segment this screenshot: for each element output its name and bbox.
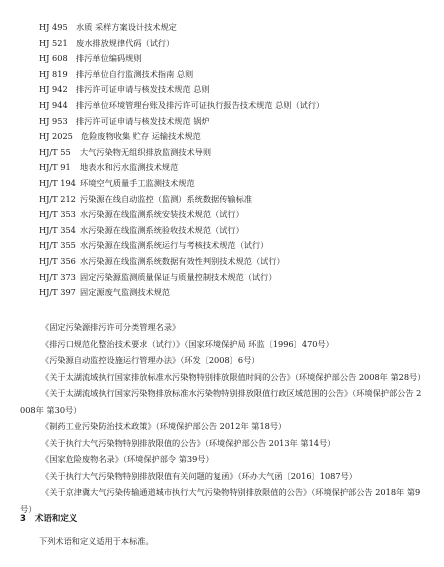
section-paragraph: 下列术语和定义适用于本标准。 [39,536,154,547]
standard-code: HJ/T 91 [39,160,77,176]
standard-title: 水污染源在线监测系统运行与考核技术规范（试行） [80,240,268,250]
standard-item: HJ 953排污许可证申请与核发技术规范 锅炉 [39,114,439,130]
standard-code: HJ/T 354 [39,223,77,239]
section-number: 3 [20,514,26,524]
standard-title: 排污单位环境管理台账及排污许可证执行报告技术规范 总则（试行） [76,100,324,110]
standard-title: 危险废物收集 贮存 运输技术规范 [81,131,201,141]
standard-title: 排污许可证申请与核发技术规范 锅炉 [76,116,210,126]
standard-item: HJ/T 354水污染源在线监测系统验收技术规范（试行） [39,223,439,239]
reference-item: 《固定污染源排污许可分类管理名录》 [20,319,424,336]
standard-title: 排污单位自行监测技术指南 总则 [76,69,193,79]
standard-code: HJ/T 353 [39,207,77,223]
standard-item: HJ/T 212污染源在线自动监控（监测）系统数据传输标准 [39,192,439,208]
standard-item: HJ 819排污单位自行监测技术指南 总则 [39,67,439,83]
standard-item: HJ 2025危险废物收集 贮存 运输技术规范 [39,129,439,145]
standard-code: HJ/T 356 [39,254,77,270]
standard-code: HJ/T 55 [39,145,77,161]
standard-code: HJ/T 397 [39,285,77,301]
standard-code: HJ 608 [39,51,73,67]
reference-item: 《排污口规范化整治技术要求（试行）》（国家环境保护局 环监〔1996〕470号） [20,336,424,353]
reference-item: 《关于太湖流域执行国家排放标准水污染物特别排放限值时间的公告》（环境保护部公告 … [20,369,424,386]
standard-title: 水污染源在线监测系统验收技术规范（试行） [80,225,244,235]
standard-code: HJ/T 373 [39,270,77,286]
standard-title: 环境空气质量手工监测技术规范 [80,178,195,188]
normative-standards-list: HJ 495水质 采样方案设计技术规定HJ 521废水排放规律代码（试行）HJ … [39,20,439,301]
standard-code: HJ/T 194 [39,176,77,192]
standard-item: HJ/T 356水污染源在线监测系统数据有效性判别技术规范（试行） [39,254,439,270]
reference-item: 《制药工业污染防治技术政策》（环境保护部公告 2012年 第18号） [20,418,424,435]
standard-item: HJ 521废水排放规律代码（试行） [39,36,439,52]
standard-code: HJ 495 [39,20,73,36]
reference-item: 《关于执行大气污染物特别排放限值的公告》（环境保护部公告 2013年 第14号） [20,435,424,452]
standard-title: 水污染源在线监测系统安装技术规范（试行） [80,209,244,219]
section-heading: 3术语和定义 [20,512,77,524]
standard-item: HJ/T 397固定源废气监测技术规范 [39,285,439,301]
standard-code: HJ 944 [39,98,73,114]
standard-item: HJ/T 373固定污染源监测质量保证与质量控制技术规范（试行） [39,270,439,286]
standard-code: HJ/T 212 [39,192,77,208]
reference-item: 《关于执行大气污染物特别排放限值有关问题的复函》（环办大气函〔2016〕1087… [20,468,424,485]
standard-title: 水质 采样方案设计技术规定 [76,22,177,32]
reference-item: 《污染源自动监控设施运行管理办法》（环发〔2008〕6号） [20,352,424,369]
standard-code: HJ 942 [39,82,73,98]
standard-code: HJ/T 355 [39,238,77,254]
reference-item: 《关于太湖流域执行国家污染物排放标准水污染物特别排放限值行政区域范围的公告》（环… [20,385,424,418]
standard-code: HJ 521 [39,36,73,52]
standard-code: HJ 819 [39,67,73,83]
standard-item: HJ/T 194环境空气质量手工监测技术规范 [39,176,439,192]
standard-title: 排污单位编码规则 [76,53,142,63]
standard-title: 排污许可证申请与核发技术规范 总则 [76,84,210,94]
standard-code: HJ 2025 [39,129,78,145]
standard-title: 污染源在线自动监控（监测）系统数据传输标准 [80,194,252,204]
standard-item: HJ/T 91地表水和污水监测技术规范 [39,160,439,176]
standard-title: 固定污染源监测质量保证与质量控制技术规范（试行） [80,272,277,282]
standard-title: 废水排放规律代码（试行） [76,38,174,48]
standard-item: HJ 608排污单位编码规则 [39,51,439,67]
standard-item: HJ/T 353水污染源在线监测系统安装技术规范（试行） [39,207,439,223]
standard-title: 水污染源在线监测系统数据有效性判别技术规范（试行） [80,256,285,266]
normative-references-list: 《固定污染源排污许可分类管理名录》《排污口规范化整治技术要求（试行）》（国家环境… [20,319,424,517]
standard-code: HJ 953 [39,114,73,130]
standard-item: HJ/T 355水污染源在线监测系统运行与考核技术规范（试行） [39,238,439,254]
standard-title: 地表水和污水监测技术规范 [80,162,178,172]
standard-title: 大气污染物无组织排放监测技术导则 [80,147,211,157]
standard-item: HJ 495水质 采样方案设计技术规定 [39,20,439,36]
document-page: HJ 495水质 采样方案设计技术规定HJ 521废水排放规律代码（试行）HJ … [0,0,444,567]
reference-item: 《关于京津冀大气污染传输通道城市执行大气污染物特别排放限值的公告》（环境保护部公… [20,484,424,517]
standard-item: HJ 942排污许可证申请与核发技术规范 总则 [39,82,439,98]
standard-item: HJ/T 55大气污染物无组织排放监测技术导则 [39,145,439,161]
standard-item: HJ 944排污单位环境管理台账及排污许可证执行报告技术规范 总则（试行） [39,98,439,114]
section-title: 术语和定义 [35,514,78,524]
reference-item: 《国家危险废物名录》（环境保护部令 第39号） [20,451,424,468]
standard-title: 固定源废气监测技术规范 [80,287,170,297]
